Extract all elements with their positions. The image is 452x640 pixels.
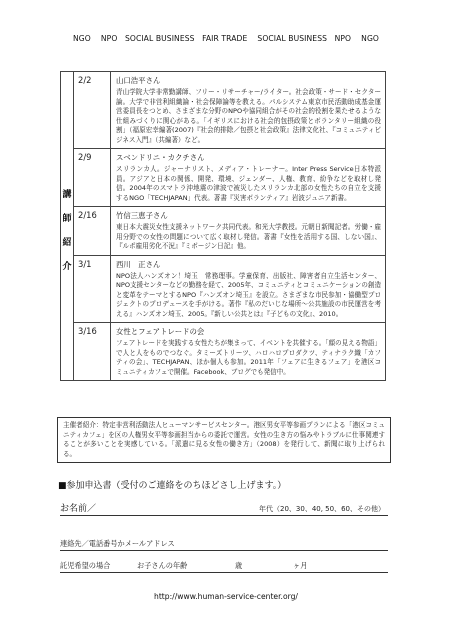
table-row: 2/16 竹信三恵子さん 東日本大震災女性支援ネットワーク共同代表。和光大学教授… [61, 207, 386, 256]
session-date: 2/2 [74, 72, 111, 149]
speaker-bio: 東日本大震災女性支援ネットワーク共同代表。和光大学教授。元朝日新聞記者。労働・雇… [116, 223, 381, 252]
table-row: 3/16 女性とフェアトレードの会 フェアトレードを実践する女性たちが集まって、… [61, 323, 386, 381]
name-field[interactable]: お名前／ 年代（20、30、40, 50、60、その他） [60, 502, 388, 516]
years-unit: 歳 [235, 561, 242, 571]
speaker-info: 西川 正さん NPO法人ハンズオン！埼玉 常務理事。学童保育、出版社、障害者自立… [111, 255, 386, 323]
speaker-name: 竹信三恵子さん [116, 210, 381, 221]
speaker-info: スベンドリニ・カクチさん スリランカ人。ジャーナリスト、メディア・トレーナー。I… [111, 149, 386, 207]
speaker-info: 竹信三恵子さん 東日本大震災女性支援ネットワーク共同代表。和光大学教授。元朝日新… [111, 207, 386, 256]
childcare-label: 託児希望の場合 [60, 561, 110, 571]
months-unit: ヶ月 [293, 561, 307, 571]
organizer-intro: 主催者紹介：特定非営利活動法人ヒューマンサービスセンター。港区男女平等参画プラン… [57, 417, 391, 463]
table-row: 3/1 西川 正さん NPO法人ハンズオン！埼玉 常務理事。学童保育、出版社、障… [61, 255, 386, 323]
table-row: 2/9 スベンドリニ・カクチさん スリランカ人。ジャーナリスト、メディア・トレー… [61, 149, 386, 207]
table-row: 講 師 紹 介 2/2 山口浩平さん 青山学院大学非常勤講師、フリー・リサーチャ… [61, 72, 386, 149]
session-date: 3/16 [74, 323, 111, 381]
lecturer-intro-label-cell: 講 師 紹 介 [61, 72, 74, 381]
speaker-bio: フェアトレードを実践する女性たちが集まって、イベントを共催する。「顔の見える物語… [116, 339, 381, 377]
contact-field[interactable]: 連絡先／電話番号かメールアドレス [60, 538, 388, 551]
speaker-bio: スリランカ人。ジャーナリスト、メディア・トレーナー。Inter Press Se… [116, 165, 381, 203]
speaker-info: 女性とフェアトレードの会 フェアトレードを実践する女性たちが集まって、イベントを… [111, 323, 386, 381]
name-label: お名前／ [60, 501, 96, 514]
header-banner: NGO NPO SOCIAL BUSINESS FAIR TRADE SOCIA… [0, 34, 452, 43]
application-form-title: ■参加申込書（受付のご連絡をのちほどさし上げます。） [58, 478, 286, 491]
age-group-label: 年代（20、30、40, 50、60、その他） [259, 504, 385, 514]
speaker-bio: 青山学院大学非常勤講師、フリー・リサーチャー/ライター。社会政策・サード・セクタ… [116, 88, 381, 145]
lecturer-table: 講 師 紹 介 2/2 山口浩平さん 青山学院大学非常勤講師、フリー・リサーチャ… [60, 71, 386, 381]
lecturer-intro-label: 講 師 紹 介 [61, 181, 73, 272]
speaker-name: スベンドリニ・カクチさん [116, 152, 381, 163]
speaker-info: 山口浩平さん 青山学院大学非常勤講師、フリー・リサーチャー/ライター。社会政策・… [111, 72, 386, 149]
speaker-bio: NPO法人ハンズオン！埼玉 常務理事。学童保育、出版社、障害者自立生活センター、… [116, 272, 381, 320]
session-date: 2/9 [74, 149, 111, 207]
contact-label: 連絡先／電話番号かメールアドレス [60, 539, 175, 549]
child-age-label: お子さんの年齢 [137, 561, 187, 571]
speaker-name: 西川 正さん [116, 259, 381, 270]
website-url[interactable]: http://www.human-service-center.org/ [0, 592, 452, 601]
session-date: 2/16 [74, 207, 111, 256]
speaker-name: 山口浩平さん [116, 75, 381, 86]
speaker-name: 女性とフェアトレードの会 [116, 326, 381, 337]
childcare-field[interactable]: 託児希望の場合 お子さんの年齢 歳 ヶ月 [60, 560, 388, 573]
session-date: 3/1 [74, 255, 111, 323]
